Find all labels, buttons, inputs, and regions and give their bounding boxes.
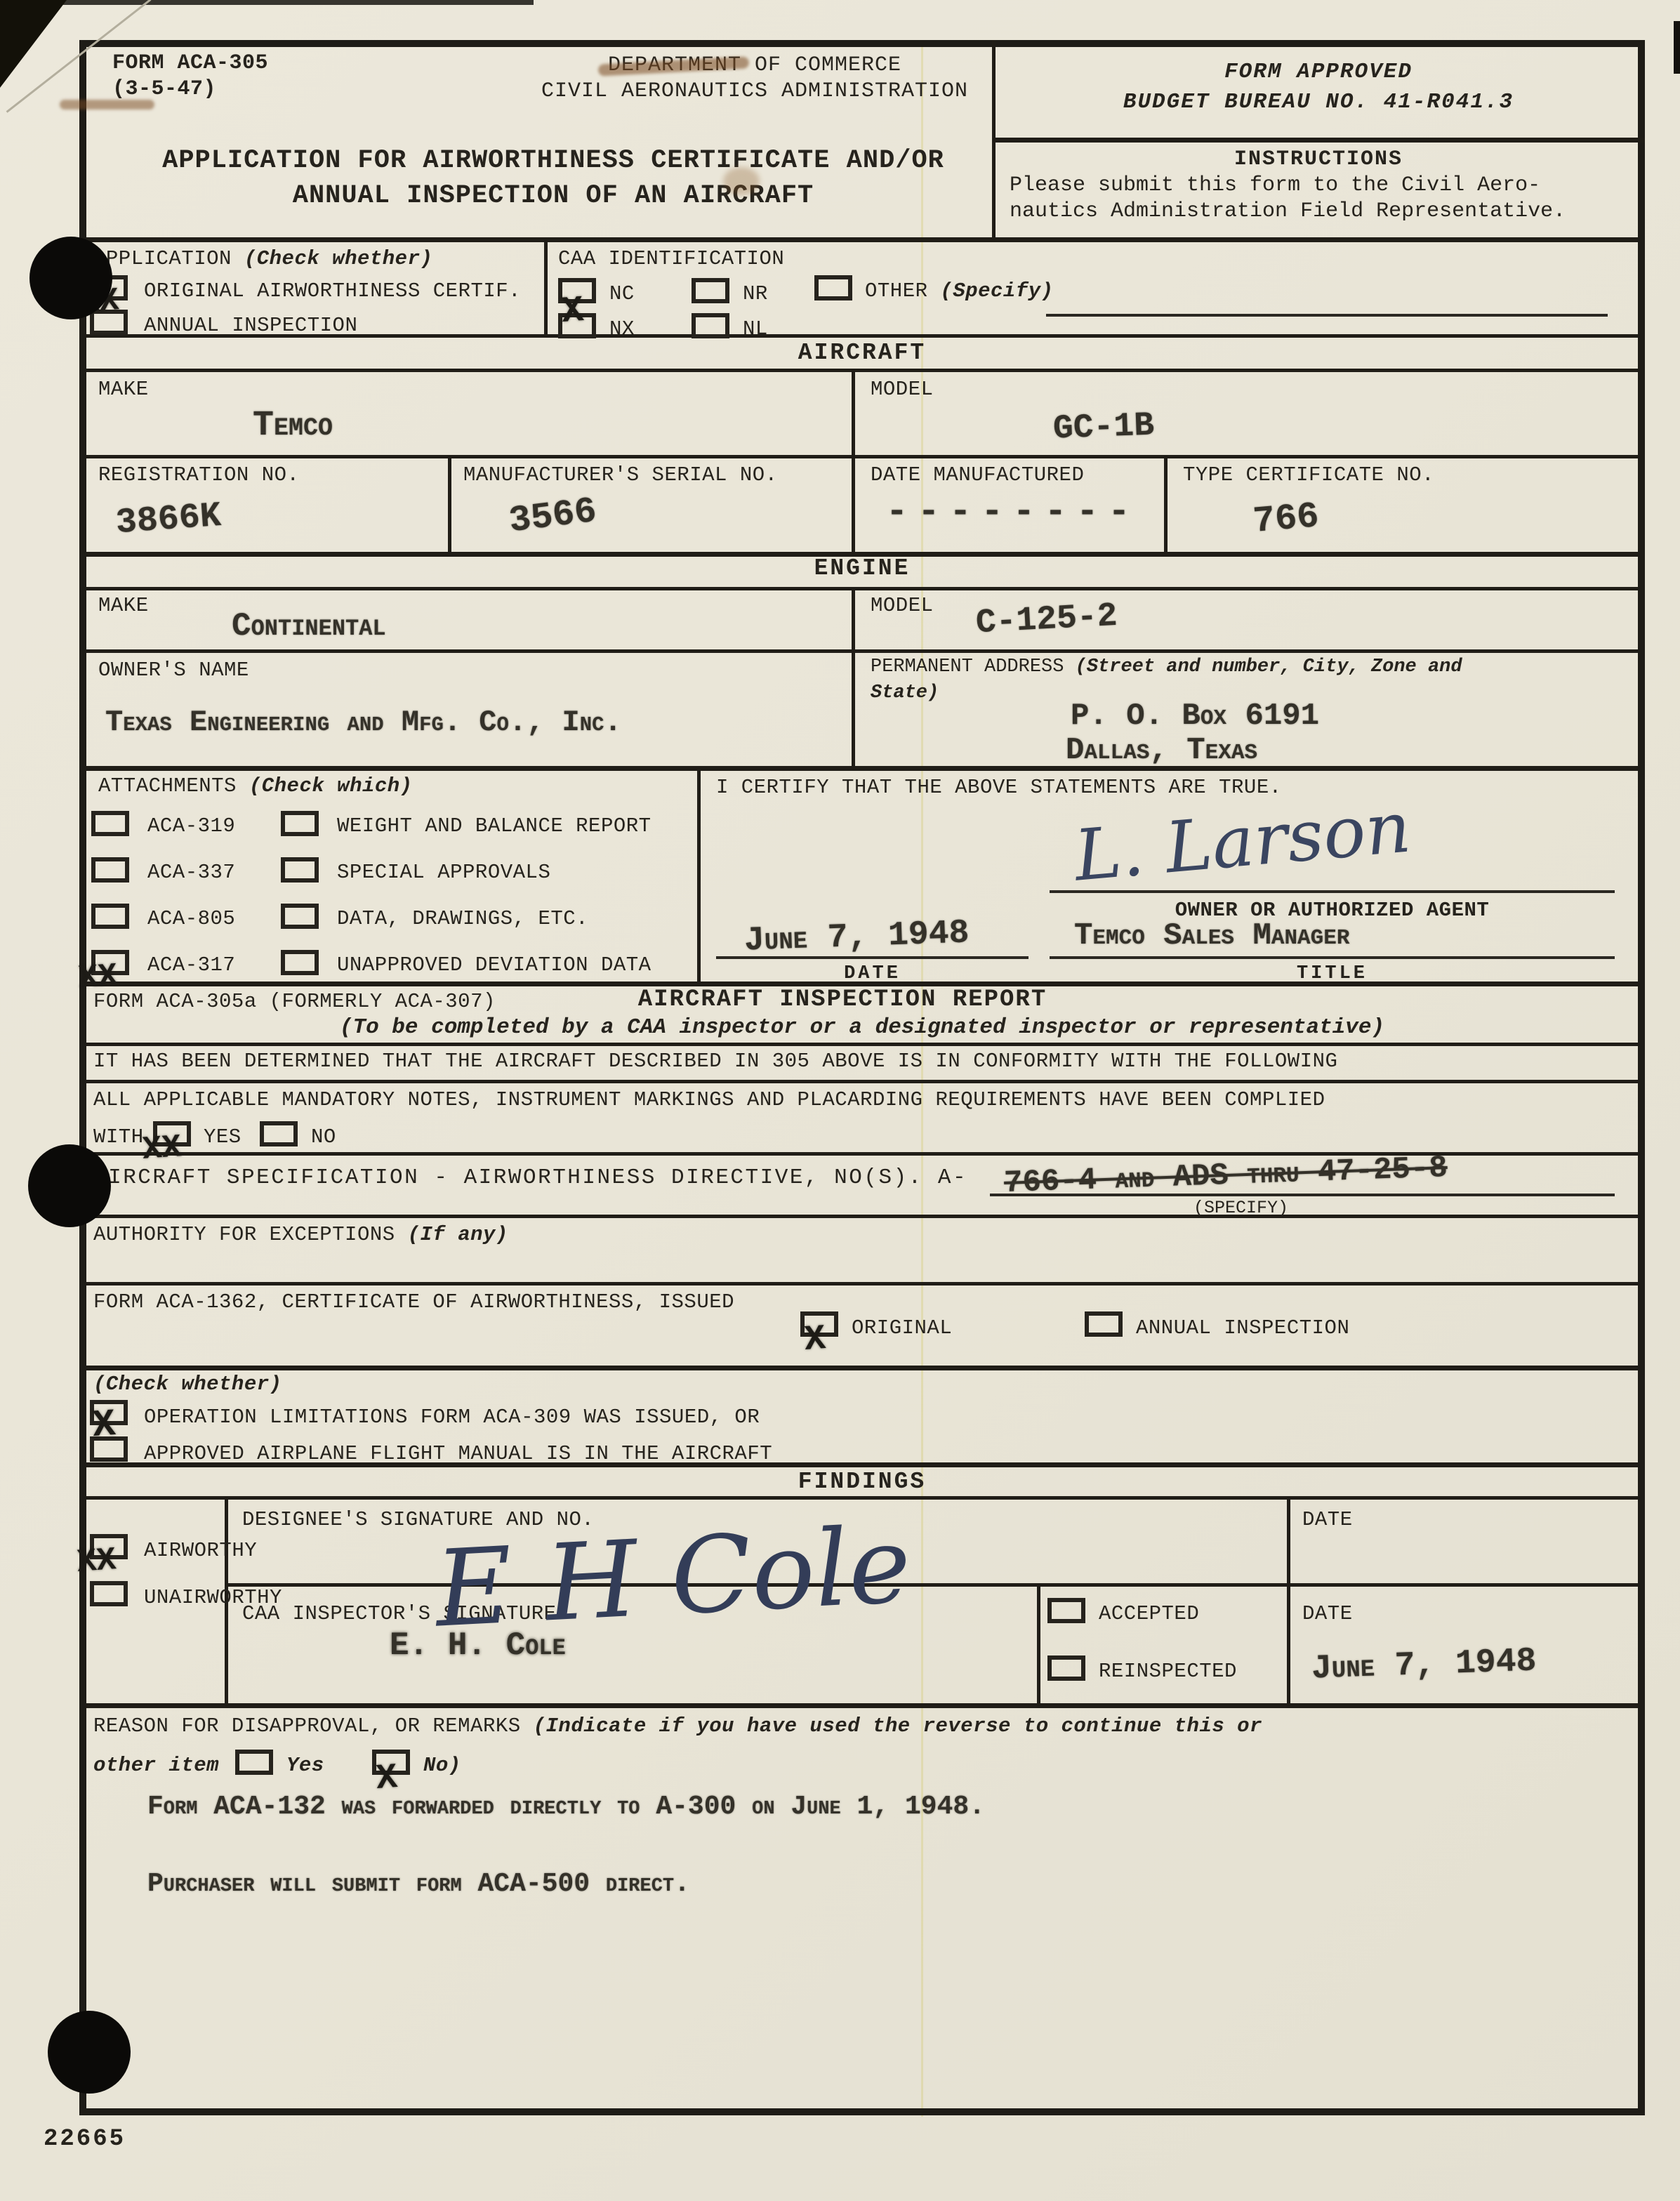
inspection-form-line: FORM ACA-305a (FORMERLY ACA-307) [93,990,496,1013]
option-aca337: ACA-337 [147,861,235,884]
option-data-drawings: DATA, DRAWINGS, ETC. [337,907,588,930]
permanent-address-label: PERMANENT ADDRESS (Street and number, Ci… [871,656,1462,678]
option-special-approvals: SPECIAL APPROVALS [337,861,550,884]
remarks-label: REASON FOR DISAPPROVAL, OR REMARKS (Indi… [93,1714,1262,1738]
checkbox-unairworthy [90,1581,128,1606]
date-manufactured-value: -------- [886,491,1140,533]
aircraft-make-label: MAKE [98,378,149,401]
registration-label: REGISTRATION NO. [98,463,299,487]
checkbox-other [814,275,852,300]
certify-title-value: Temco Sales Manager [1074,918,1349,953]
option-reverse-no: No) [423,1754,461,1777]
checkmark-aca317: XX [77,958,119,997]
checkmark-op-limitations: X [91,1403,117,1448]
option-issued-original: ORIGINAL [852,1316,952,1340]
remarks-typed-line2: Purchaser will submit form ACA-500 direc… [147,1869,690,1899]
specify-label: (SPECIFY) [1193,1198,1288,1218]
checkmark-nc: X [560,290,585,333]
engine-model-value: C-125-2 [975,597,1118,642]
certify-title-label: TITLE [1050,963,1615,984]
mandatory-with-label: WITH [93,1125,144,1149]
checkmark-complied-yes: XX [141,1129,183,1168]
findings-band: FINDINGS [86,1469,1638,1495]
instructions-line1: Please submit this form to the Civil Aer… [1010,173,1540,197]
option-annual-inspection: ANNUAL INSPECTION [144,314,357,337]
checkbox-aca319 [91,811,129,836]
punch-hole-bottom [48,2011,131,2094]
engine-model-label: MODEL [871,594,934,617]
punch-hole-top [29,237,112,319]
spec-directive-label: AIRCRAFT SPECIFICATION - AIRWORTHINESS D… [93,1165,967,1190]
page-serial-number: 22665 [44,2126,126,2153]
option-unapproved-deviation: UNAPPROVED DEVIATION DATA [337,953,652,977]
owner-name-label: OWNER'S NAME [98,659,249,682]
aircraft-band: AIRCRAFT [86,340,1638,366]
certify-date-label: DATE [716,963,1028,984]
punch-hole-middle [28,1144,111,1227]
certify-date-value: June 7, 1948 [743,914,970,960]
remarks-typed-line1: Form ACA-132 was forwarded directly to A… [147,1792,985,1822]
inspection-title: AIRCRAFT INSPECTION REPORT [491,986,1193,1013]
authority-exceptions-label: AUTHORITY FOR EXCEPTIONS (If any) [93,1223,508,1246]
application-label: APPLICATION (Check whether) [93,247,432,270]
checkmark-airworthy: XX [76,1542,117,1581]
checkbox-nl [692,313,729,338]
form-title-line1: APPLICATION FOR AIRWORTHINESS CERTIFICAT… [86,146,1020,176]
determined-statement: IT HAS BEEN DETERMINED THAT THE AIRCRAFT… [93,1050,1337,1073]
checkbox-reinspected [1047,1655,1085,1681]
inspection-subtitle: (To be completed by a CAA inspector or a… [86,1015,1638,1040]
checkbox-aca805 [91,904,129,929]
remarks-label-line2: other item [93,1754,219,1777]
option-nl: NL [743,317,768,341]
caa-inspector-signature: E H Cole [432,1504,914,1651]
scan-edge-top [0,0,534,5]
permanent-address-label2: State) [871,682,939,703]
address-line1: P. O. Box 6191 [1071,699,1319,734]
form-approved-line1: FORM APPROVED [992,60,1645,84]
date-manufactured-label: DATE MANUFACTURED [871,463,1084,487]
attachments-label: ATTACHMENTS (Check which) [98,774,413,798]
instructions-line2: nautics Administration Field Representat… [1010,199,1566,223]
aircraft-make-value: Temco [253,406,333,446]
option-aca317: ACA-317 [147,953,235,977]
type-certificate-value: 766 [1252,496,1321,543]
checkbox-aca337 [91,857,129,883]
certify-statement: I CERTIFY THAT THE ABOVE STATEMENTS ARE … [716,776,1282,799]
aircraft-model-label: MODEL [871,378,934,401]
scan-edge-right [1674,21,1680,74]
checkbox-weight-balance [281,811,319,836]
type-certificate-label: TYPE CERTIFICATE NO. [1183,463,1434,487]
option-aca319: ACA-319 [147,814,235,838]
designee-date-label: DATE [1302,1508,1353,1531]
option-complied-no: NO [311,1125,336,1149]
engine-make-value: Continental [232,608,386,645]
option-nc: NC [609,282,635,305]
rust-mark-formdate [60,100,154,110]
address-line2: Dallas, Texas [1066,733,1257,768]
option-accepted: ACCEPTED [1099,1602,1199,1625]
scan-corner-black [0,0,67,88]
checkbox-complied-no [260,1121,298,1146]
checkbox-data-drawings [281,904,319,929]
checkbox-reverse-yes [235,1750,273,1775]
option-weight-balance: WEIGHT AND BALANCE REPORT [337,814,652,838]
option-original-airworthiness: ORIGINAL AIRWORTHINESS CERTIF. [144,279,521,303]
checkmark-reverse-no: X [375,1758,399,1799]
checkbox-issued-annual [1085,1311,1123,1337]
checkbox-nr [692,278,729,303]
form-revision-date: (3-5-47) [112,77,216,101]
registration-value: 3866K [114,496,223,543]
option-aca805: ACA-805 [147,907,235,930]
checkmark-issued-original: X [803,1319,827,1361]
department-line2: CIVIL AERONAUTICS ADMINISTRATION [421,79,1088,103]
rust-mark-small [723,167,760,195]
option-op-limitations: OPERATION LIMITATIONS FORM ACA-309 WAS I… [144,1406,760,1429]
form-number: FORM ACA-305 [112,51,268,75]
check-whether-label: (Check whether) [93,1373,282,1396]
form-title-line2: ANNUAL INSPECTION OF AN AIRCRAFT [86,181,1020,211]
option-reverse-yes: Yes [286,1754,324,1777]
other-specify-line [1046,314,1608,317]
department-line1: DEPARTMENT OF COMMERCE [421,53,1088,77]
checkbox-accepted [1047,1598,1085,1623]
option-reinspected: REINSPECTED [1099,1660,1237,1683]
scanned-form-page: FORM ACA-305 (3-5-47) DEPARTMENT OF COMM… [0,0,1680,2201]
mandatory-statement: ALL APPLICABLE MANDATORY NOTES, INSTRUME… [93,1088,1325,1111]
option-airworthy: AIRWORTHY [144,1539,257,1562]
checkbox-unapproved-deviation [281,950,319,975]
option-other: OTHER (Specify) [865,279,1054,303]
form-approved-line2: BUDGET BUREAU NO. 41-R041.3 [992,90,1645,114]
findings-date-value: June 7, 1948 [1311,1642,1537,1688]
aca1362-label: FORM ACA-1362, CERTIFICATE OF AIRWORTHIN… [93,1290,734,1314]
option-nr: NR [743,282,768,305]
engine-band: ENGINE [86,555,1638,581]
option-issued-annual: ANNUAL INSPECTION [1136,1316,1349,1340]
instructions-title: INSTRUCTIONS [992,147,1645,171]
caa-identification-label: CAA IDENTIFICATION [558,247,784,270]
option-flight-manual: APPROVED AIRPLANE FLIGHT MANUAL IS IN TH… [144,1442,772,1465]
aircraft-model-value: GC-1B [1052,407,1155,449]
findings-date-label: DATE [1302,1602,1353,1625]
engine-make-label: MAKE [98,594,149,617]
serial-label: MANUFACTURER'S SERIAL NO. [463,463,778,487]
owner-name-value: Texas Engineering and Mfg. Co., Inc. [105,706,622,739]
checkbox-special-approvals [281,857,319,883]
certify-title-line [1050,956,1615,959]
option-complied-yes: YES [204,1125,242,1149]
option-nx: NX [609,317,635,341]
